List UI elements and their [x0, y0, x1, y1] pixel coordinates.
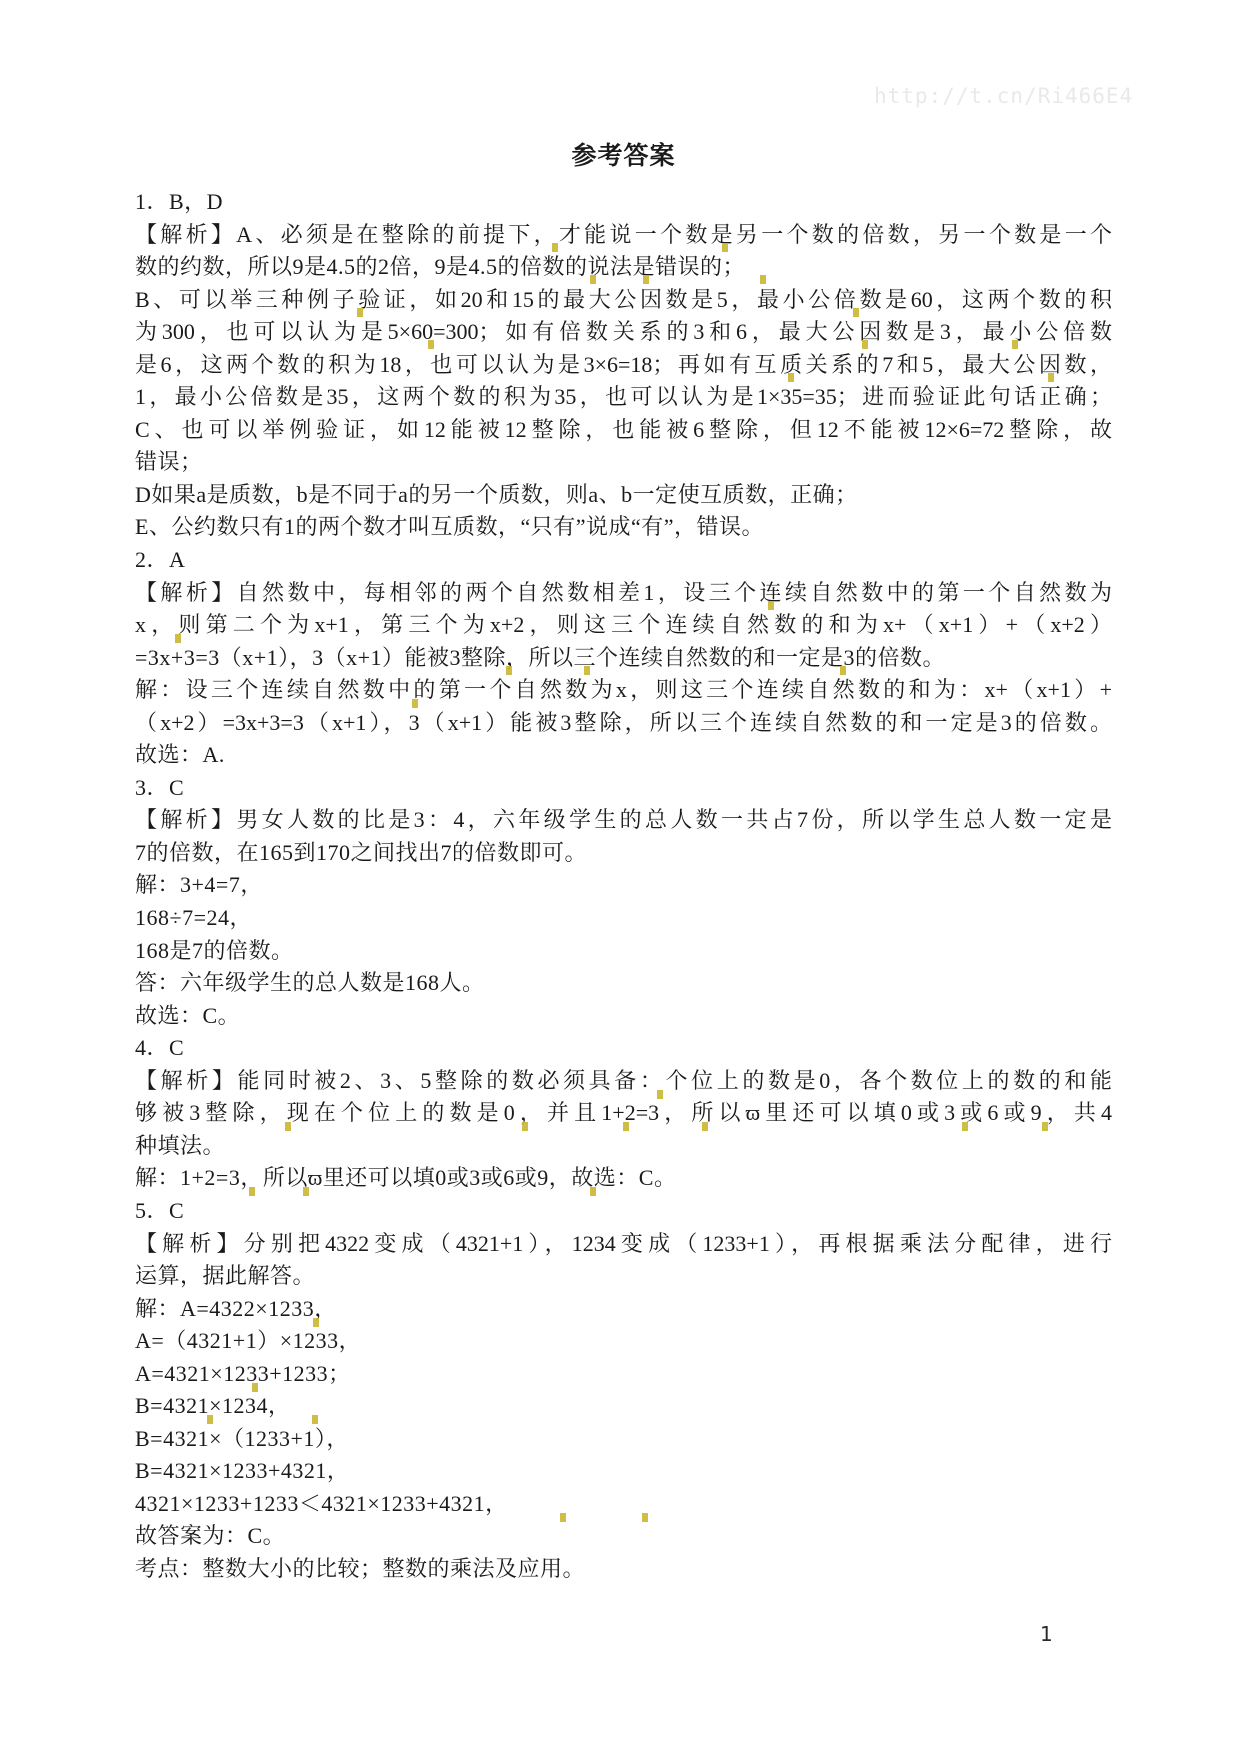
- proofing-mark: [1042, 1122, 1048, 1131]
- text-line: 是6，这两个数的积为18，也可以认为是3×6=18；再如有互质关系的7和5，最大…: [135, 349, 1112, 382]
- proofing-mark: [522, 1122, 528, 1131]
- proofing-mark: [760, 275, 766, 284]
- proofing-mark: [175, 634, 181, 643]
- answer-text-block: 1．B，D【解析】A、必须是在整除的前提下，才能说一个数是另一个数的倍数，另一个…: [135, 186, 1112, 1586]
- document-page: http://t.cn/Ri466E4 参考答案 1．B，D【解析】A、必须是在…: [0, 0, 1241, 1754]
- proofing-mark: [768, 601, 774, 610]
- text-line: 4．C: [135, 1032, 1112, 1065]
- text-line: 解：3+4=7，: [135, 869, 1112, 902]
- text-line: 【解析】自然数中，每相邻的两个自然数相差1，设三个连续自然数中的第一个自然数为: [135, 577, 1112, 610]
- text-line: 5．C: [135, 1195, 1112, 1228]
- text-line: 1，最小公倍数是35，这两个数的积为35，也可以认为是1×35=35；进而验证此…: [135, 381, 1112, 414]
- text-line: B=4321×1234，: [135, 1390, 1112, 1423]
- proofing-mark: [207, 1415, 213, 1424]
- text-line: 故选：A.: [135, 739, 1112, 772]
- proofing-mark: [702, 1122, 708, 1131]
- proofing-mark: [590, 275, 596, 284]
- text-line: C、也可以举例验证，如12能被12整除，也能被6整除，但12不能被12×6=72…: [135, 414, 1112, 447]
- text-line: 【解析】A、必须是在整除的前提下，才能说一个数是另一个数的倍数，另一个数是一个: [135, 219, 1112, 252]
- text-line: 7的倍数，在165到170之间找出7的倍数即可。: [135, 837, 1112, 870]
- proofing-mark: [249, 1187, 255, 1196]
- text-line: D如果a是质数，b是不同于a的另一个质数，则a、b一定使互质数，正确；: [135, 479, 1112, 512]
- text-line: B=4321×1233+4321，: [135, 1455, 1112, 1488]
- text-line: 【解析】分别把4322变成（4321+1），1234变成（1233+1），再根据…: [135, 1228, 1112, 1261]
- text-line: 解：1+2=3，所以ϖ里还可以填0或3或6或9，故选：C。: [135, 1162, 1112, 1195]
- text-line: x，则第二个为x+1，第三个为x+2，则这三个连续自然数的和为x+（x+1）+（…: [135, 609, 1112, 642]
- text-line: B、可以举三种例子验证，如20和15的最大公因数是5，最小公倍数是60，这两个数…: [135, 284, 1112, 317]
- proofing-mark: [357, 308, 363, 317]
- text-line: 答：六年级学生的总人数是168人。: [135, 967, 1112, 1000]
- watermark-url: http://t.cn/Ri466E4: [874, 84, 1133, 108]
- proofing-mark: [853, 308, 859, 317]
- proofing-mark: [560, 1513, 566, 1522]
- proofing-mark: [506, 666, 512, 675]
- text-line: 解：A=4322×1233，: [135, 1293, 1112, 1326]
- proofing-mark: [657, 1090, 663, 1099]
- text-line: 4321×1233+1233＜4321×1233+4321，: [135, 1488, 1112, 1521]
- text-line: A=4321×1233+1233；: [135, 1358, 1112, 1391]
- text-line: 168÷7=24，: [135, 902, 1112, 935]
- text-line: 故选：C。: [135, 1000, 1112, 1033]
- proofing-mark: [643, 275, 649, 284]
- proofing-mark: [552, 243, 558, 252]
- proofing-mark: [642, 1513, 648, 1522]
- text-line: 运算，据此解答。: [135, 1260, 1112, 1293]
- text-line: 种填法。: [135, 1130, 1112, 1163]
- text-line: 1．B，D: [135, 186, 1112, 219]
- text-line: E、公约数只有1的两个数才叫互质数，“只有”说成“有”，错误。: [135, 511, 1112, 544]
- text-line: 168是7的倍数。: [135, 935, 1112, 968]
- proofing-mark: [412, 699, 418, 708]
- proofing-mark: [252, 1383, 258, 1392]
- document-title: 参考答案: [135, 136, 1112, 172]
- text-line: 2．A: [135, 544, 1112, 577]
- proofing-mark: [722, 243, 728, 252]
- proofing-mark: [840, 666, 846, 675]
- text-line: 错误；: [135, 446, 1112, 479]
- proofing-mark: [590, 1187, 596, 1196]
- proofing-mark: [312, 1415, 318, 1424]
- proofing-mark: [303, 1187, 309, 1196]
- proofing-mark: [285, 1122, 291, 1131]
- text-line: （x+2）=3x+3=3（x+1），3（x+1）能被3整除，所以三个连续自然数的…: [135, 707, 1112, 740]
- proofing-mark: [1012, 340, 1018, 349]
- proofing-mark: [428, 340, 434, 349]
- proofing-mark: [788, 373, 794, 382]
- proofing-mark: [623, 1122, 629, 1131]
- proofing-mark: [313, 1318, 319, 1327]
- text-line: A=（4321+1）×1233，: [135, 1325, 1112, 1358]
- proofing-mark: [862, 340, 868, 349]
- page-number: 1: [1040, 1622, 1053, 1646]
- text-line: =3x+3=3（x+1），3（x+1）能被3整除，所以三个连续自然数的和一定是3…: [135, 642, 1112, 675]
- proofing-mark: [584, 666, 590, 675]
- text-line: B=4321×（1233+1），: [135, 1423, 1112, 1456]
- text-line: 【解析】男女人数的比是3：4，六年级学生的总人数一共占7份，所以学生总人数一定是: [135, 804, 1112, 837]
- text-line: 数的约数，所以9是4.5的2倍，9是4.5的倍数的说法是错误的；: [135, 251, 1112, 284]
- proofing-mark: [1048, 373, 1054, 382]
- text-line: 故答案为：C。: [135, 1520, 1112, 1553]
- text-line: 为300，也可以认为是5×60=300；如有倍数关系的3和6，最大公因数是3，最…: [135, 316, 1112, 349]
- text-line: 解：设三个连续自然数中的第一个自然数为x，则这三个连续自然数的和为：x+（x+1…: [135, 674, 1112, 707]
- text-line: 3．C: [135, 772, 1112, 805]
- text-line: 【解析】能同时被2、3、5整除的数必须具备：个位上的数是0，各个数位上的数的和能: [135, 1065, 1112, 1098]
- text-line: 考点：整数大小的比较；整数的乘法及应用。: [135, 1553, 1112, 1586]
- proofing-mark: [962, 1122, 968, 1131]
